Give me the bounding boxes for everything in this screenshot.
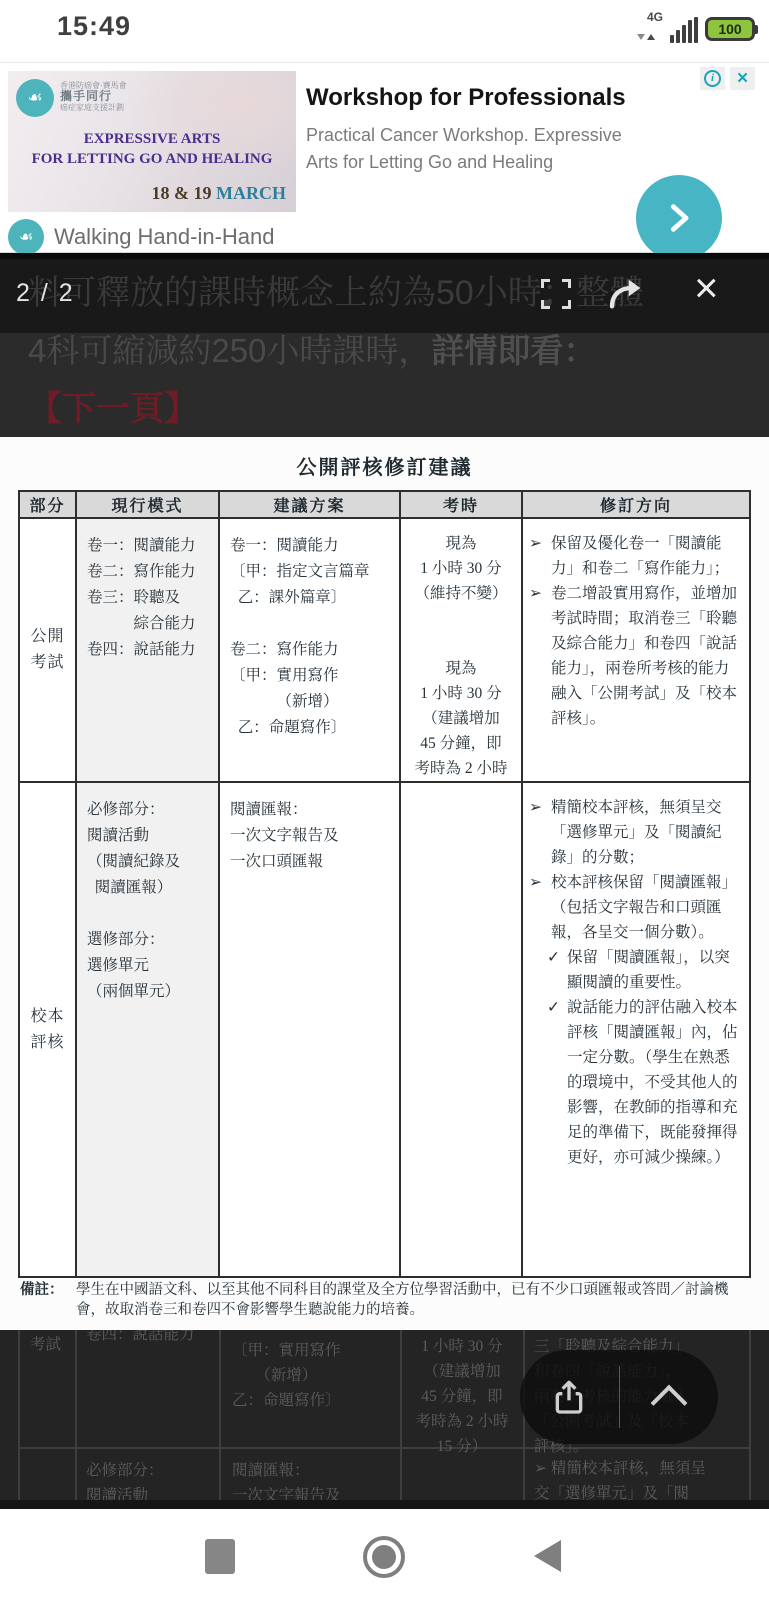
ad-close-button[interactable]: × xyxy=(730,67,755,90)
cell-part: 公開 考試 xyxy=(20,519,77,783)
article-text-line2: 4科可縮減約250小時課時，詳情即看： xyxy=(28,325,596,372)
article-text-line1: 料可釋放的課時概念上約為50小時；整體 xyxy=(28,265,768,314)
ad-text-block[interactable]: Workshop for Professionals Practical Can… xyxy=(306,81,636,176)
chevron-right-icon xyxy=(662,201,696,235)
floating-action-pill xyxy=(520,1350,718,1444)
info-icon: i xyxy=(704,70,721,87)
cell-revision-direction: ➢保留及優化卷一「閱讀能力」和卷二「寫作能力」； ➢卷二增設實用寫作，並增加考試… xyxy=(523,519,749,783)
dim-current-remnant: 卷四：說話能力 xyxy=(86,1330,195,1347)
android-nav-bar xyxy=(0,1509,769,1600)
advertiser-name: Walking Hand-in-Hand xyxy=(54,224,275,250)
ad-title: Workshop for Professionals xyxy=(306,81,636,114)
ad-image[interactable]: ☙ 香港防癌會·賽馬會 攜手同行 癌症家庭支援計劃 EXPRESSIVE ART… xyxy=(8,71,296,212)
cell-proposal: 卷一：閱讀能力 〔甲：指定文言篇章 乙：課外篇章〕 卷二：寫作能力 〔甲：實用寫… xyxy=(220,519,401,783)
assessment-table: 部分 現行模式 建議方案 考時 修訂方向 公開 考試 卷一：閱讀能力 卷二：寫作… xyxy=(18,490,751,1278)
cell-current-mode: 必修部分： 閱讀活動 （閱讀紀錄及 閱讀匯報） 選修部分： 選修單元 （兩個單元… xyxy=(77,783,220,1276)
footnote-text: 學生在中國語文科、以至其他不同科目的課堂及全方位學習活動中，已有不少口頭匯報或答… xyxy=(76,1280,751,1320)
col-header-revision-direction: 修訂方向 xyxy=(523,492,749,519)
cell-exam-time xyxy=(401,783,523,1276)
dim-part-label: 考試 xyxy=(30,1332,61,1357)
battery-icon: 100 xyxy=(705,17,755,41)
battery-level: 100 xyxy=(718,21,741,37)
col-header-current-mode: 現行模式 xyxy=(77,492,220,519)
home-button[interactable] xyxy=(363,1536,405,1578)
ad-image-date: 18 & 19 MARCH xyxy=(152,183,287,204)
clock: 15:49 xyxy=(57,11,131,42)
signal-strength-icon xyxy=(670,17,698,43)
cell-part: 校本 評核 xyxy=(20,783,77,1276)
col-header-exam-time: 考時 xyxy=(401,492,523,519)
document-page: 公開評核修訂建議 部分 現行模式 建議方案 考時 修訂方向 公開 考試 卷一：閱… xyxy=(0,437,769,1330)
share-page-button[interactable] xyxy=(520,1350,619,1444)
footnote-label: 備註： xyxy=(20,1280,76,1320)
recents-button[interactable] xyxy=(205,1539,235,1574)
scroll-to-top-button[interactable] xyxy=(620,1350,719,1444)
viewer-close-icon[interactable]: × xyxy=(694,267,719,309)
ad-description: Practical Cancer Workshop. Expressive Ar… xyxy=(306,122,636,176)
ad-cta-button[interactable] xyxy=(636,175,722,261)
col-header-proposal: 建議方案 xyxy=(220,492,401,519)
ad-banner[interactable]: ☙ 香港防癌會·賽馬會 攜手同行 癌症家庭支援計劃 EXPRESSIVE ART… xyxy=(0,62,769,253)
document-title: 公開評核修訂建議 xyxy=(0,451,769,480)
page-indicator: 2 / 2 xyxy=(16,279,75,308)
fullscreen-icon[interactable] xyxy=(541,279,571,309)
share-box-icon xyxy=(549,1377,589,1417)
data-arrows-icon xyxy=(637,34,655,40)
dim-proposal: 〔甲：實用寫作 （新增） 乙：命題寫作〕 xyxy=(232,1338,397,1413)
cell-proposal: 閱讀匯報： 一次文字報告及 一次口頭匯報 xyxy=(220,783,401,1276)
col-header-part: 部分 xyxy=(20,492,77,519)
table-footnote: 備註： 學生在中國語文科、以至其他不同科目的課堂及全方位學習活動中，已有不少口頭… xyxy=(20,1280,751,1320)
ad-info-button[interactable]: i xyxy=(700,67,725,90)
status-bar: 15:49 4G 100 xyxy=(0,0,769,56)
dim-exam-time: 1 小時 30 分 （建議增加 45 分鐘，即 考時為 2 小時 15 分） xyxy=(402,1334,522,1459)
back-button[interactable] xyxy=(534,1540,561,1572)
advertiser-logo-icon: ☙ xyxy=(8,219,44,255)
image-viewer-overlay: 料可釋放的課時概念上約為50小時；整體 4科可縮減約250小時課時，詳情即看： … xyxy=(0,253,769,437)
chevron-up-icon xyxy=(650,1385,687,1422)
close-icon: × xyxy=(737,69,748,88)
cell-revision-direction: ➢精簡校本評核，無須呈交「選修單元」及「閱讀紀錄」的分數； ➢校本評核保留「閱讀… xyxy=(523,783,749,1276)
cell-exam-time: 現為 1 小時 30 分 （維持不變） 現為 1 小時 30 分 （建議增加 4… xyxy=(401,519,523,783)
home-circle-icon xyxy=(372,1545,396,1569)
background-page-dimmed: 考試 卷四：說話能力 〔甲：實用寫作 （新增） 乙：命題寫作〕 1 小時 30 … xyxy=(0,1330,769,1509)
charity-logo-icon: ☙ xyxy=(16,79,54,117)
network-type-icon: 4G xyxy=(637,8,663,44)
phone-screen: 15:49 4G 100 ☙ 香港防癌會·賽馬會 攜手同行 癌症家庭支援計劃 E xyxy=(0,0,769,1600)
next-page-link[interactable]: 【下一頁】 xyxy=(28,381,198,430)
share-icon[interactable] xyxy=(607,273,647,318)
cell-current-mode: 卷一：閱讀能力 卷二：寫作能力 卷三：聆聽及 綜合能力 卷四：說話能力 xyxy=(77,519,220,783)
charity-logo-text: 香港防癌會·賽馬會 攜手同行 癌症家庭支援計劃 xyxy=(60,80,127,113)
ad-image-headline: EXPRESSIVE ARTS FOR LETTING GO AND HEALI… xyxy=(8,129,296,169)
advertiser-row[interactable]: ☙ Walking Hand-in-Hand xyxy=(8,219,275,255)
